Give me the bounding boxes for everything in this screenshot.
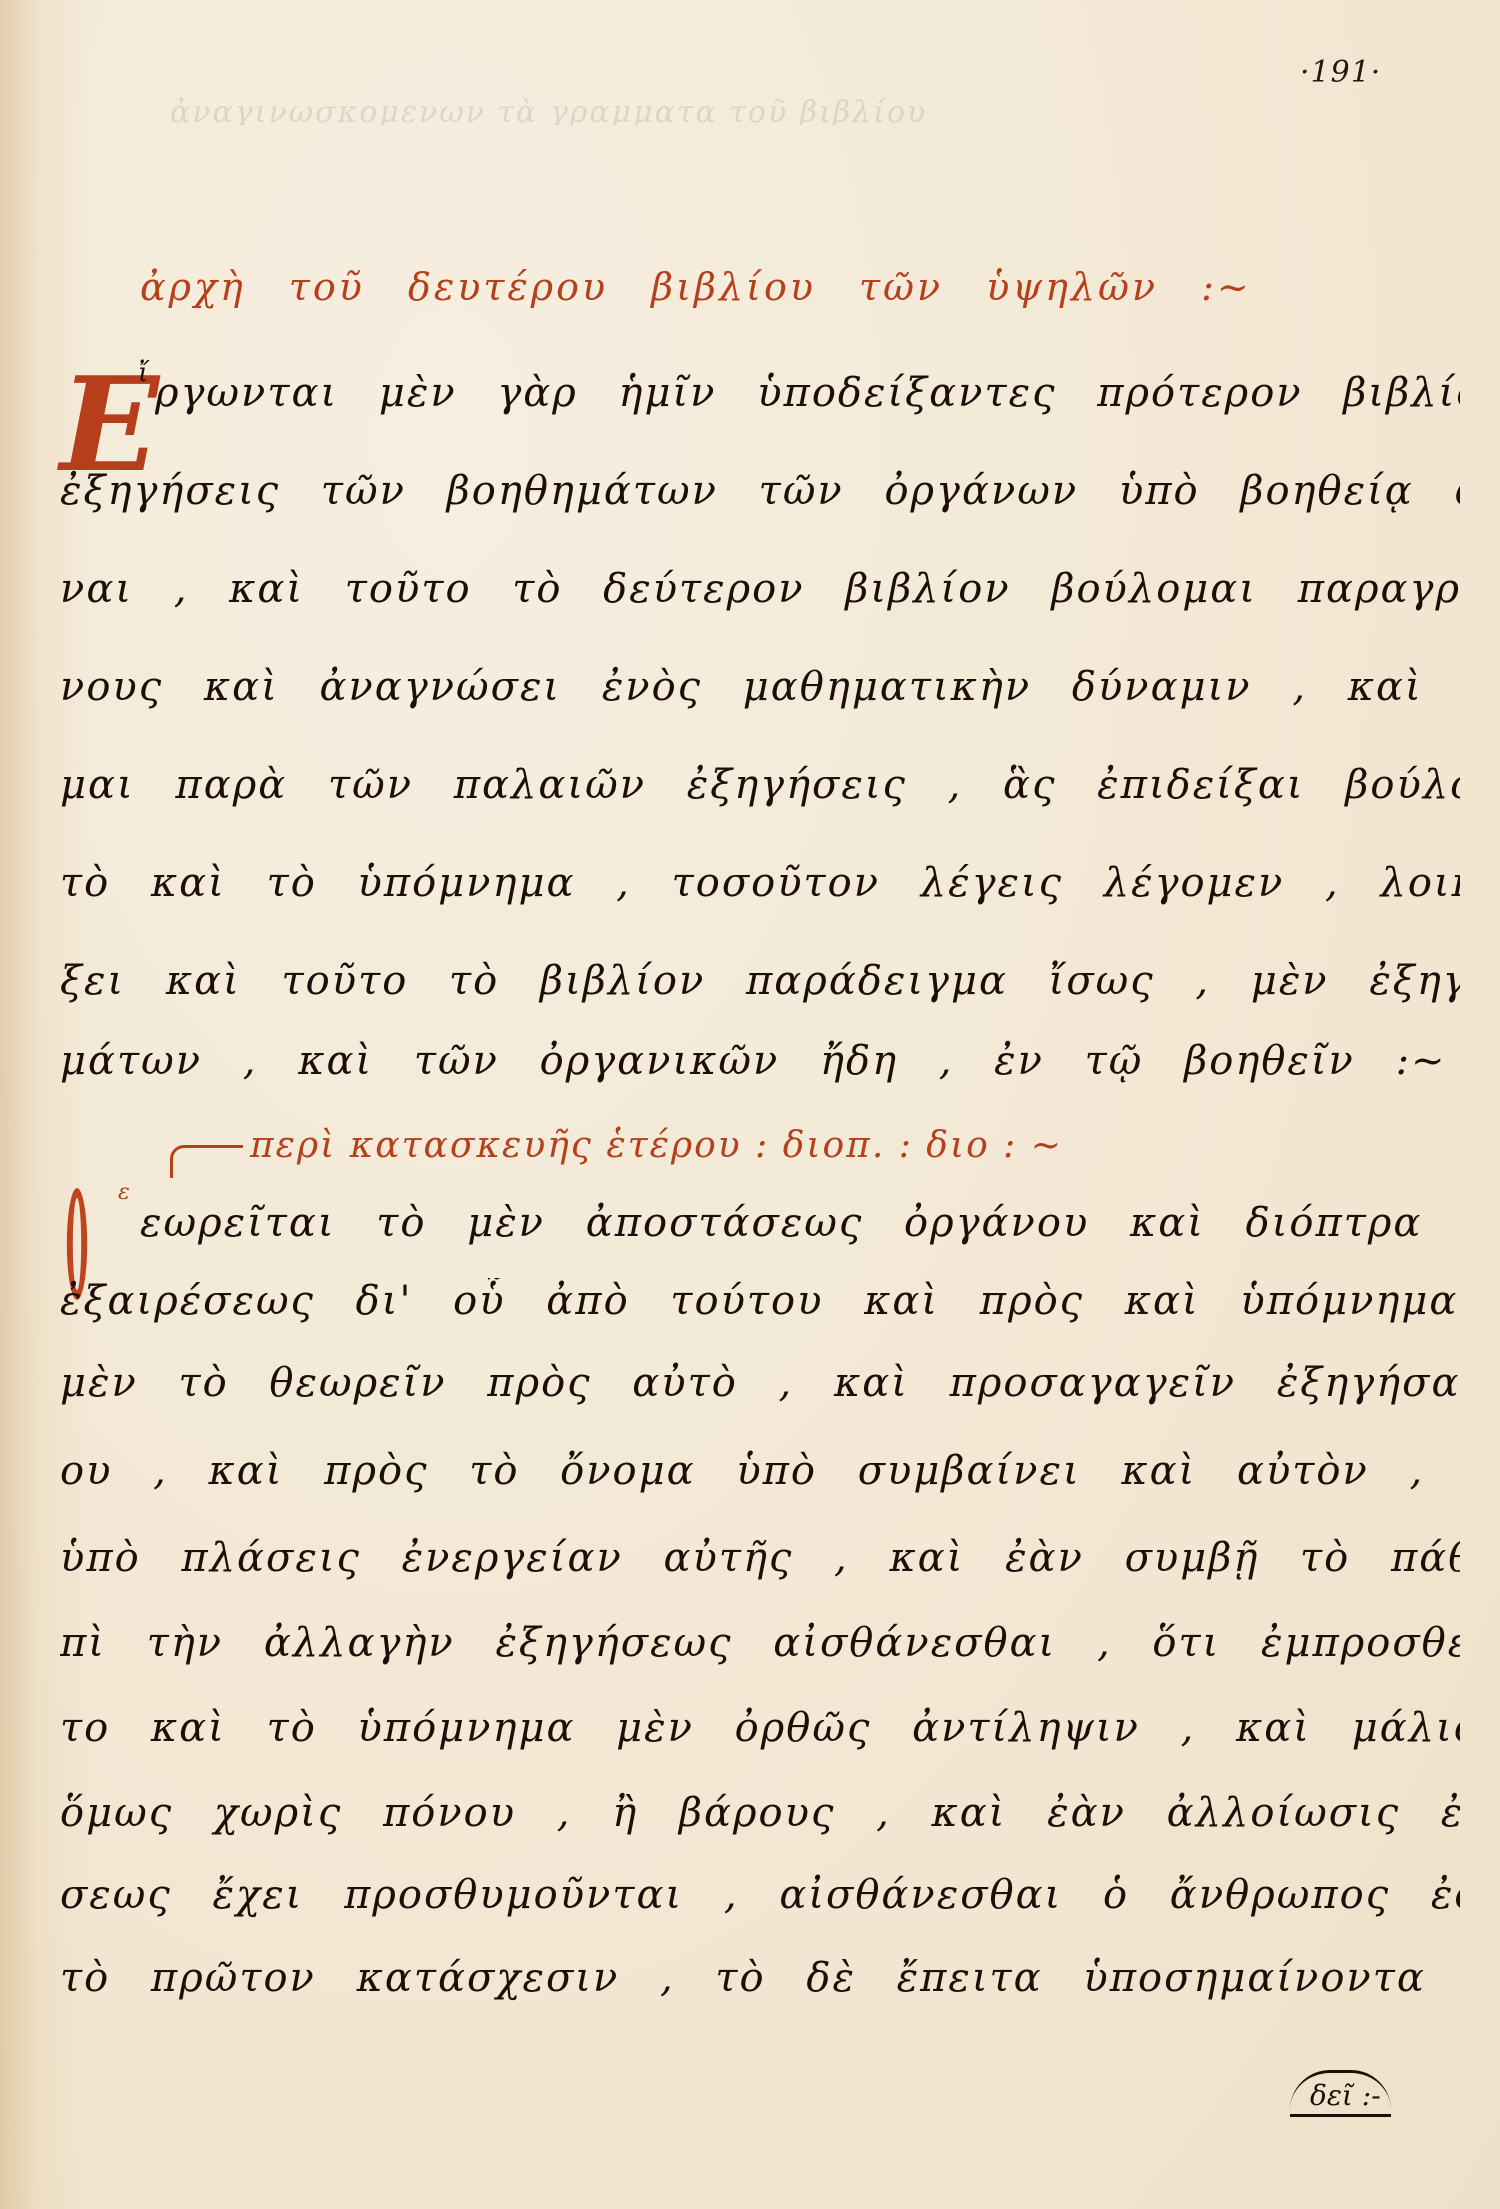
- text-line: νους καὶ ἀναγνώσει ἐνὸς μαθηματικὴν δύνα…: [60, 664, 1460, 710]
- rubric-title: ἀρχὴ τοῦ δευτέρου βιβλίου τῶν ὑψηλῶν :~: [140, 265, 1340, 309]
- text-line: τὸ πρῶτον κατάσχεσιν , τὸ δὲ ἔπειτα ὑποσ…: [60, 1955, 1460, 2001]
- text-line: ἐξαιρέσεως δι' οὗ ἀπὸ τούτου καὶ πρὸς κα…: [60, 1278, 1460, 1324]
- text-line: πὶ τὴν ἀλλαγὴν ἐξηγήσεως αἰσθάνεσθαι , ὅ…: [60, 1620, 1460, 1666]
- bleedthrough-text: ἀναγινωσκομενων τὰ γραμματα τοῦ βιβλίου: [170, 95, 1320, 125]
- text-line: ὑπὸ πλάσεις ἐνεργείαν αὐτῆς , καὶ ἐὰν συ…: [60, 1535, 1460, 1581]
- initial-superscript: ἴ: [138, 358, 148, 388]
- text-line: εωρεῖται τὸ μὲν ἀποστάσεως ὀργάνου καὶ δ…: [140, 1200, 1460, 1246]
- catchword-flourish: δεῖ :-: [1290, 2070, 1391, 2117]
- text-line: μαι παρὰ τῶν παλαιῶν ἐξηγήσεις , ἃς ἐπιδ…: [60, 762, 1460, 808]
- text-line: μάτων , καὶ τῶν ὀργανικῶν ἤδη , ἐν τῷ βο…: [60, 1038, 1460, 1084]
- text-line: ναι , καὶ τοῦτο τὸ δεύτερον βιβλίον βούλ…: [60, 566, 1460, 612]
- rubric-bracket-stroke: [170, 1145, 243, 1178]
- text-line: ου , καὶ πρὸς τὸ ὄνομα ὑπὸ συμβαίνει καὶ…: [60, 1448, 1460, 1494]
- text-line: μὲν τὸ θεωρεῖν πρὸς αὐτὸ , καὶ προσαγαγε…: [60, 1360, 1460, 1406]
- text-line: ξει καὶ τοῦτο τὸ βιβλίον παράδειγμα ἴσως…: [60, 958, 1460, 1004]
- text-line: σεως ἔχει προσθυμοῦνται , αἰσθάνεσθαι ὁ …: [60, 1872, 1460, 1918]
- text-line: ὅμως χωρὶς πόνου , ἢ βάρους , καὶ ἐὰν ἀλ…: [60, 1790, 1460, 1836]
- initial-superscript: ε: [118, 1180, 130, 1205]
- text-line: ργωνται μὲν γὰρ ἡμῖν ὑποδείξαντες πρότερ…: [155, 370, 1460, 416]
- text-line: τὸ καὶ τὸ ὑπόμνημα , τοσοῦτον λέγεις λέγ…: [60, 860, 1460, 906]
- manuscript-page: ἀναγινωσκομενων τὰ γραμματα τοῦ βιβλίου …: [0, 0, 1500, 2209]
- rubric-subheading: περὶ κατασκευῆς ἑτέρου : διοπ. : διο : ~: [250, 1125, 1150, 1166]
- text-line: ἐξηγήσεις τῶν βοηθημάτων τῶν ὀργάνων ὑπὸ…: [60, 468, 1460, 514]
- text-line: το καὶ τὸ ὑπόμνημα μὲν ὀρθῶς ἀντίληψιν ,…: [60, 1705, 1460, 1751]
